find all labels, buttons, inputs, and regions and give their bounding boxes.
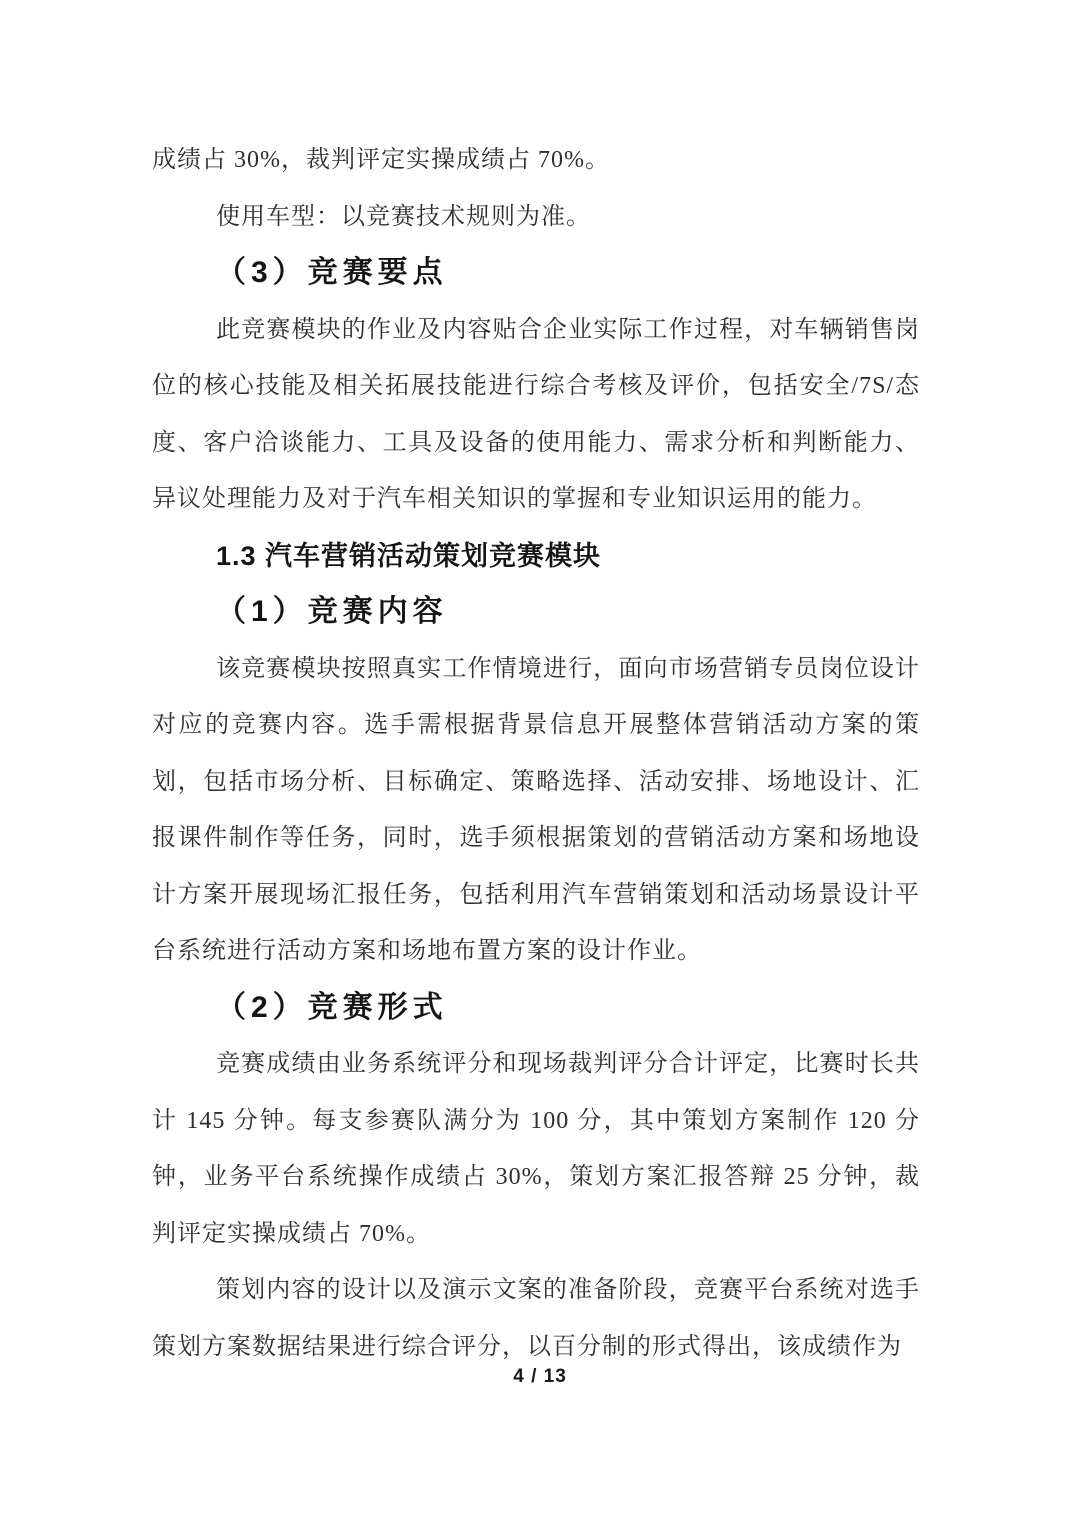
heading-item-2-format: （2）竞赛形式 [152,980,920,1037]
heading-item-3-key-points: （3）竞赛要点 [152,245,920,302]
document-content: 成绩占 30%，裁判评定实操成绩占 70%。 使用车型：以竞赛技术规则为准。 （… [152,132,920,1375]
paragraph-competition-format: 竞赛成绩由业务系统评分和现场裁判评分合计评定，比赛时长共计 145 分钟。每支参… [152,1036,920,1262]
heading-section-1-3: 1.3 汽车营销活动策划竞赛模块 [152,528,920,585]
paragraph-planning-scoring: 策划内容的设计以及演示文案的准备阶段，竞赛平台系统对选手策划方案数据结果进行综合… [152,1262,920,1375]
paragraph-score-split-continued: 成绩占 30%，裁判评定实操成绩占 70%。 [152,132,920,189]
heading-item-1-content: （1）竞赛内容 [152,584,920,641]
paragraph-key-points-detail: 此竞赛模块的作业及内容贴合企业实际工作过程，对车辆销售岗位的核心技能及相关拓展技… [152,302,920,528]
page-number: 4 / 13 [0,1366,1080,1388]
paragraph-vehicle-type: 使用车型：以竞赛技术规则为准。 [152,189,920,246]
document-page: 成绩占 30%，裁判评定实操成绩占 70%。 使用车型：以竞赛技术规则为准。 （… [0,0,1080,1527]
paragraph-competition-content: 该竞赛模块按照真实工作情境进行，面向市场营销专员岗位设计对应的竞赛内容。选手需根… [152,641,920,980]
